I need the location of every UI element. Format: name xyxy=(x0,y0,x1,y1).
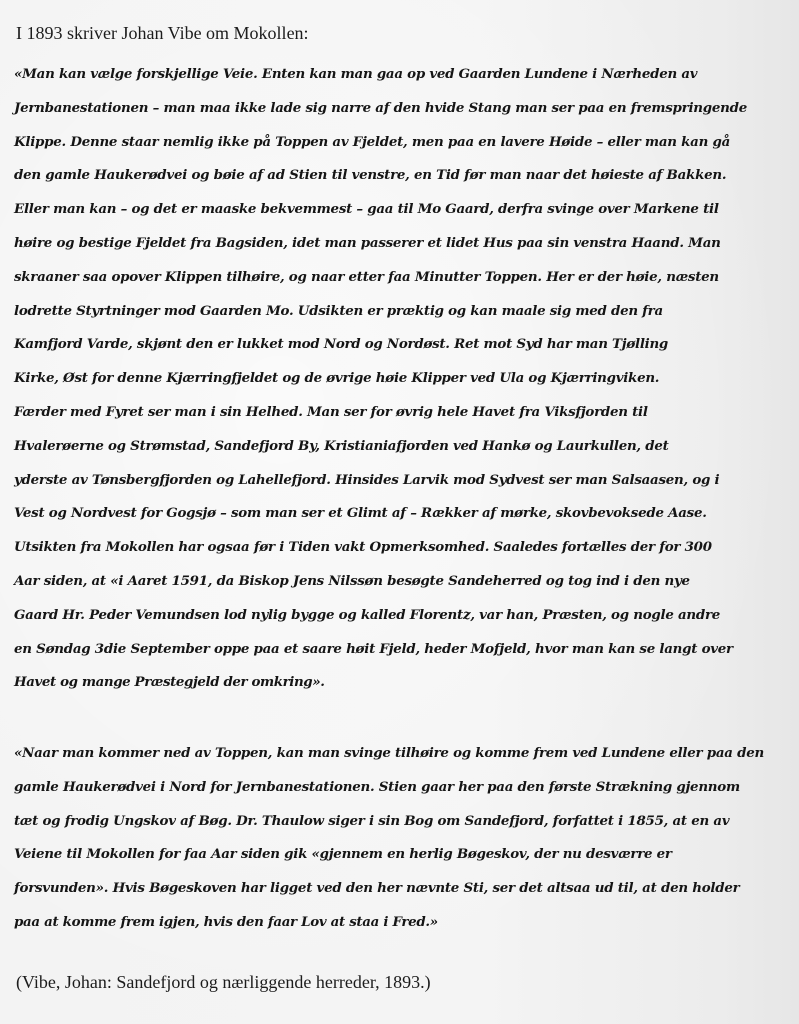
quote-line: Klippe. Denne staar nemlig ikke på Toppe… xyxy=(14,126,794,160)
quote-line: yderste av Tønsbergfjorden og Lahellefjo… xyxy=(14,464,794,498)
quote-line: Eller man kan – og det er maaske bekvemm… xyxy=(14,193,794,227)
quote-line: gamle Haukerødvei i Nord for Jernbanesta… xyxy=(14,771,794,805)
quote-line: Aar siden, at «i Aaret 1591, da Biskop J… xyxy=(14,565,794,599)
quote-line: Færder med Fyret ser man i sin Helhed. M… xyxy=(14,396,794,430)
quote-paragraph-1: «Man kan vælge forskjellige Veie. Enten … xyxy=(14,58,794,700)
quote-line: paa at komme frem igjen, hvis den faar L… xyxy=(14,906,794,940)
quote-line: Hvalerøerne og Strømstad, Sandefjord By,… xyxy=(14,430,794,464)
quote-line: Vest og Nordvest for Gogsjø – som man se… xyxy=(14,497,794,531)
quote-line: Veiene til Mokollen for faa Aar siden gi… xyxy=(14,838,794,872)
quote-line: «Naar man kommer ned av Toppen, kan man … xyxy=(14,737,794,771)
quote-line: Kirke, Øst for denne Kjærringfjeldet og … xyxy=(14,362,794,396)
quote-line: skraaner saa opover Klippen tilhøire, og… xyxy=(14,261,794,295)
quote-line: en Søndag 3die September oppe paa et saa… xyxy=(14,633,794,667)
source-citation: (Vibe, Johan: Sandefjord og nærliggende … xyxy=(16,971,431,993)
quote-line: Kamfjord Varde, skjønt den er lukket mod… xyxy=(14,328,794,362)
document-page: I 1893 skriver Johan Vibe om Mokollen: «… xyxy=(0,0,799,1024)
quote-line: Jernbanestationen – man maa ikke lade si… xyxy=(14,92,794,126)
intro-heading: I 1893 skriver Johan Vibe om Mokollen: xyxy=(16,22,309,44)
quote-line: Gaard Hr. Peder Vemundsen lod nylig bygg… xyxy=(14,599,794,633)
quote-paragraph-2: «Naar man kommer ned av Toppen, kan man … xyxy=(14,737,794,940)
quote-line: forsvunden». Hvis Bøgeskoven har ligget … xyxy=(14,872,794,906)
quote-line: lodrette Styrtninger mod Gaarden Mo. Uds… xyxy=(14,295,794,329)
quote-line: høire og bestige Fjeldet fra Bagsiden, i… xyxy=(14,227,794,261)
quote-line: den gamle Haukerødvei og bøie af ad Stie… xyxy=(14,159,794,193)
quote-line: Havet og mange Præstegjeld der omkring». xyxy=(14,666,794,700)
quote-line: tæt og frodig Ungskov af Bøg. Dr. Thaulo… xyxy=(14,805,794,839)
quote-line: Utsikten fra Mokollen har ogsaa før i Ti… xyxy=(14,531,794,565)
quote-line: «Man kan vælge forskjellige Veie. Enten … xyxy=(14,58,794,92)
